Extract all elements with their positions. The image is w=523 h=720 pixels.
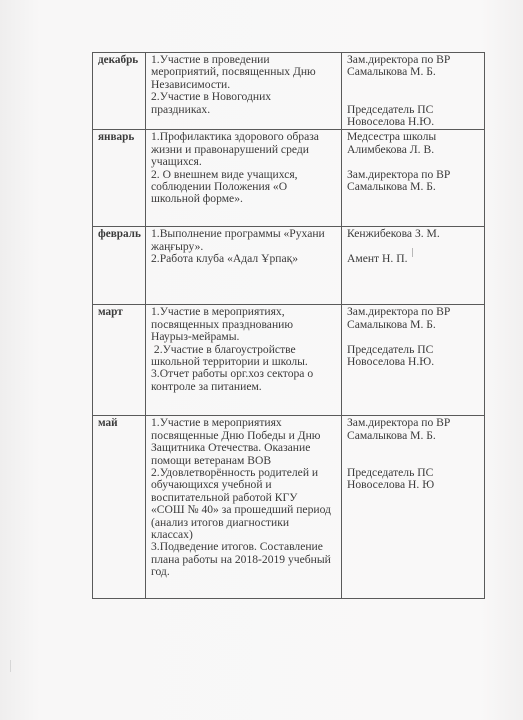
responsible-line: Медсестра школы bbox=[347, 131, 480, 143]
events-cell: 1.Профилактика здорового образа жизни и … bbox=[146, 130, 342, 227]
table-row-may: май 1.Участие в мероприятиях посвященные… bbox=[93, 416, 485, 599]
event-line: плана работы на 2018-2019 учебный bbox=[151, 554, 337, 566]
scan-artifact-mark bbox=[10, 660, 11, 672]
responsible-line: Зам.директора по ВР bbox=[347, 306, 480, 318]
month-label: март bbox=[98, 306, 123, 318]
month-cell: декабрь bbox=[93, 53, 146, 130]
responsible-line: Новоселова Н. Ю bbox=[347, 479, 480, 491]
event-line: 1.Профилактика здорового образа bbox=[151, 131, 337, 143]
event-line: учащихся. bbox=[151, 156, 337, 168]
responsible-line: Самалыкова М. Б. bbox=[347, 66, 480, 78]
event-line: 2.Работа клуба «Адал Ұрпақ» bbox=[151, 253, 337, 265]
event-line: 1.Участие в мероприятиях, bbox=[151, 306, 337, 318]
events-cell: 1.Участие в мероприятиях, посвященных пр… bbox=[146, 305, 342, 416]
event-line: праздниках. bbox=[151, 104, 337, 116]
responsible-line: Самалыкова М. Б. bbox=[347, 430, 480, 442]
event-line: 1.Участие в мероприятиях bbox=[151, 417, 337, 429]
responsible-line: Алимбекова Л. В. bbox=[347, 144, 480, 156]
month-label: февраль bbox=[98, 228, 141, 240]
responsible-cell: Зам.директора по ВР Самалыкова М. Б. Пре… bbox=[342, 305, 485, 416]
responsible-cell: Кенжибекова З. М. Амент Н. П. bbox=[342, 227, 485, 305]
event-line: «СОШ № 40» за прошедший период bbox=[151, 504, 337, 516]
scan-artifact-mark bbox=[412, 248, 413, 257]
month-cell: февраль bbox=[93, 227, 146, 305]
events-cell: 1.Выполнение программы «Рухани жаңғыру».… bbox=[146, 227, 342, 305]
responsible-line: Новоселова Н.Ю. bbox=[347, 116, 480, 128]
responsible-line: Кенжибекова З. М. bbox=[347, 228, 480, 240]
responsible-line: Амент Н. П. bbox=[347, 253, 480, 265]
event-line: Защитника Отечества. Оказание bbox=[151, 442, 337, 454]
month-cell: май bbox=[93, 416, 146, 599]
month-cell: март bbox=[93, 305, 146, 416]
responsible-cell: Зам.директора по ВР Самалыкова М. Б. Пре… bbox=[342, 53, 485, 130]
event-line: контроле за питанием. bbox=[151, 381, 337, 393]
responsible-line: Самалыкова М. Б. bbox=[347, 181, 480, 193]
responsible-line: Новоселова Н.Ю. bbox=[347, 356, 480, 368]
event-line: год. bbox=[151, 566, 337, 578]
event-line: 2.Участие в Новогодних bbox=[151, 91, 337, 103]
event-line: обучающихся учебной и bbox=[151, 479, 337, 491]
responsible-cell: Медсестра школы Алимбекова Л. В. Зам.дир… bbox=[342, 130, 485, 227]
table-row-december: декабрь 1.Участие в проведении мероприят… bbox=[93, 53, 485, 130]
event-line: мероприятий, посвященных Дню bbox=[151, 66, 337, 78]
events-cell: 1.Участие в мероприятиях посвященные Дню… bbox=[146, 416, 342, 599]
event-line: Наурыз-мейрамы. bbox=[151, 331, 337, 343]
event-line: 1.Выполнение программы «Рухани bbox=[151, 228, 337, 240]
event-line: 3.Отчет работы орг.хоз сектора о bbox=[151, 368, 337, 380]
responsible-cell: Зам.директора по ВР Самалыкова М. Б. Пре… bbox=[342, 416, 485, 599]
event-line: школьной форме». bbox=[151, 193, 337, 205]
month-label: май bbox=[98, 417, 118, 429]
month-cell: январь bbox=[93, 130, 146, 227]
work-plan-table: декабрь 1.Участие в проведении мероприят… bbox=[92, 52, 485, 599]
responsible-line: Зам.директора по ВР bbox=[347, 417, 480, 429]
month-label: декабрь bbox=[98, 54, 138, 66]
table-row-february: февраль 1.Выполнение программы «Рухани ж… bbox=[93, 227, 485, 305]
events-cell: 1.Участие в проведении мероприятий, посв… bbox=[146, 53, 342, 130]
responsible-line: Самалыкова М. Б. bbox=[347, 319, 480, 331]
table-row-march: март 1.Участие в мероприятиях, посвященн… bbox=[93, 305, 485, 416]
table-row-january: январь 1.Профилактика здорового образа ж… bbox=[93, 130, 485, 227]
month-label: январь bbox=[98, 131, 134, 143]
